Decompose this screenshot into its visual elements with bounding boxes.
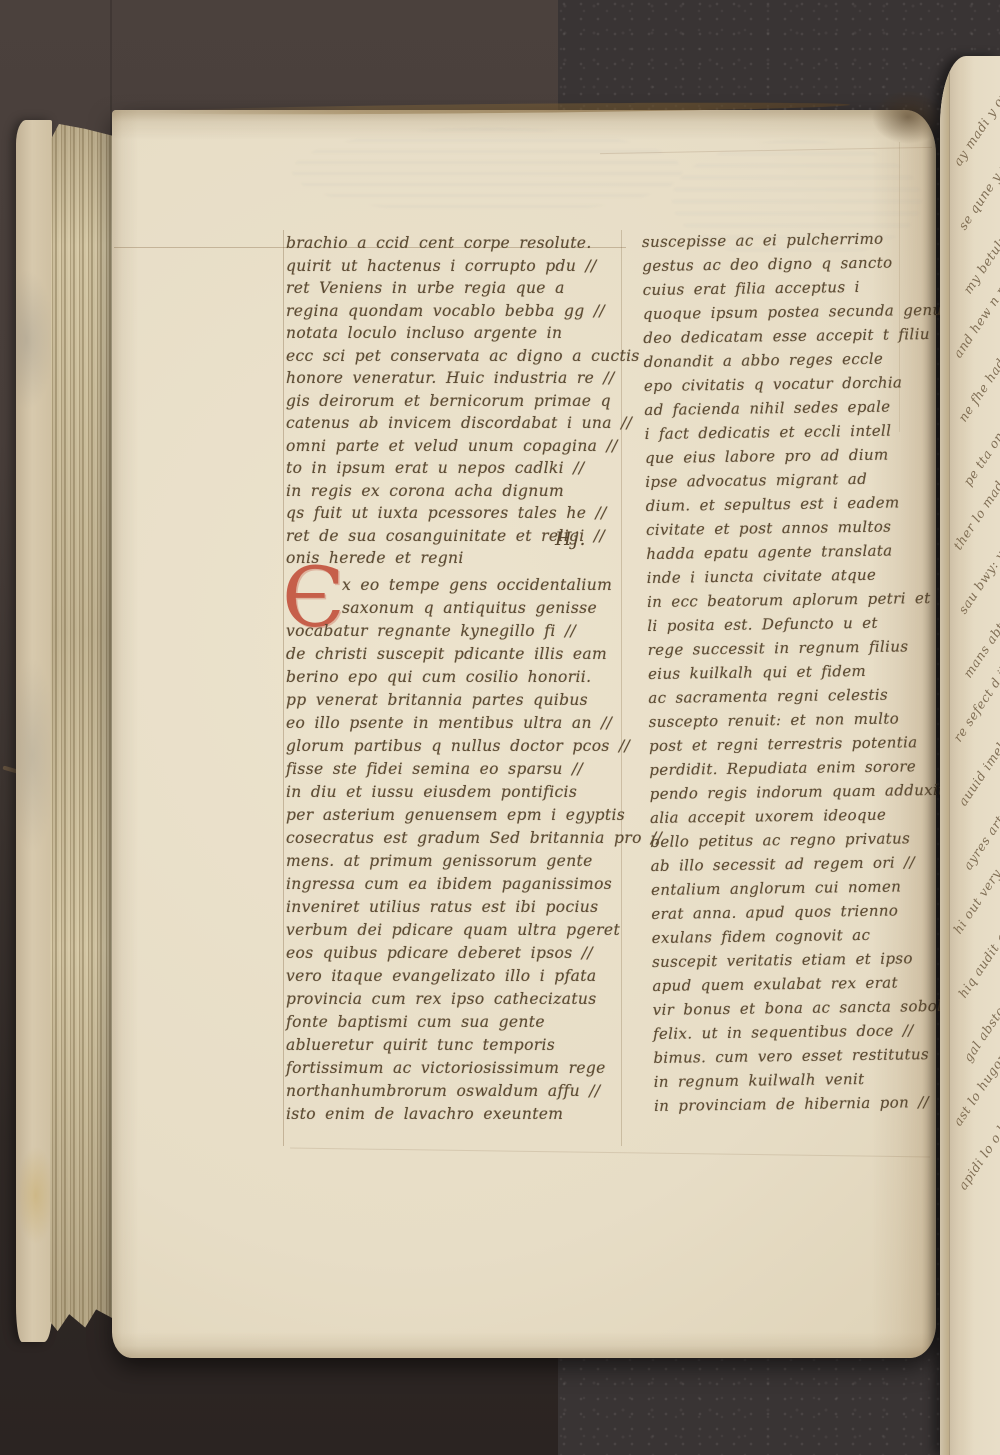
next-page-line-fragment: auuid imebtry tun	[955, 697, 1000, 808]
manuscript-line: to in ipsum erat u nepos cadlki //	[286, 459, 630, 482]
manuscript-line: catenus ab invicem discordabat i una //	[286, 414, 630, 437]
manuscript-line: mens. at primum genissorum gente	[286, 850, 630, 873]
manuscript-line: cosecratus est gradum Sed britannia pro …	[286, 827, 630, 850]
ruling-line	[290, 1148, 930, 1158]
next-page-line-fragment: sau bwy: vogn	[955, 527, 1000, 617]
manuscript-line: de christi suscepit pdicante illis eam	[286, 643, 630, 666]
chapter-lines: x eo tempe gens occidentaliumsaxonum q a…	[286, 574, 630, 1126]
next-page-line-fragment: se qune y po tur le g	[955, 106, 1000, 233]
manuscript-line: provincia cum rex ipso cathecizatus	[286, 988, 630, 1011]
manuscript-line: fonte baptismi cum sua gente	[286, 1011, 630, 1034]
manuscript-line: hadda epatu agente translata	[646, 538, 928, 566]
rubricated-initial: Є	[282, 568, 338, 614]
left-page: brachio a ccid cent corpe resolute.quiri…	[112, 110, 936, 1358]
manuscript-line: glorum partibus q nullus doctor pcos //	[286, 735, 630, 758]
left-column-chapter-text: Є x eo tempe gens occidentaliumsaxonum q…	[286, 574, 630, 1126]
next-page-line-fragment: mans abt equit o	[960, 576, 1000, 680]
manuscript-line: fortissimum ac victoriosissimum rege	[286, 1057, 630, 1080]
next-page-line-fragment: re sefect d ib	[950, 660, 1000, 744]
manuscript-line: quirit ut hactenus i corrupto pdu //	[286, 257, 630, 280]
next-page-line-fragment: gal abstowdug	[960, 973, 1000, 1065]
manuscript-line: in ecc beatorum aplorum petri et pau //	[647, 586, 929, 614]
manuscript-line: vocabatur regnante kynegillo fi //	[286, 620, 630, 643]
verso-showthrough	[292, 128, 682, 214]
manuscript-line: inveniret utilius ratus est ibi pocius	[286, 896, 630, 919]
manuscript-line: gis deirorum et bernicorum primae q	[286, 392, 630, 415]
manuscript-line: honore veneratur. Huic industria re //	[286, 369, 630, 392]
manuscript-line: pendo regis indorum quam adduxit	[650, 778, 932, 806]
manuscript-line: pp venerat britannia partes quibus	[286, 689, 630, 712]
manuscript-line: omni parte et velud unum copagina //	[286, 437, 630, 460]
manuscript-line: que eius labore pro ad dium	[645, 442, 927, 470]
page-stack-fore-edge	[50, 124, 114, 1336]
next-page-line-fragment: and hew n mig	[950, 268, 1000, 360]
next-page-line-fragment: ayres arteyol mo	[960, 768, 1000, 872]
next-page-line-fragment: my betuly pinna m	[960, 182, 1000, 296]
manuscript-line: qs fuit ut iuxta pcessores tales he //	[286, 504, 630, 527]
manuscript-line: eos quibus pdicare deberet ipsos //	[286, 942, 630, 965]
next-page-edge: ay madi y onakonse qune y po tur le gmy …	[940, 56, 1000, 1455]
left-column-opening-text: brachio a ccid cent corpe resolute.quiri…	[286, 234, 630, 572]
manuscript-line: berino epo qui cum cosilio honorii.	[286, 666, 630, 689]
manuscript-line: notata loculo incluso argente in	[286, 324, 630, 347]
manuscript-line: rege successit in regnum filius	[648, 634, 930, 662]
manuscript-line: erat anna. apud quos trienno	[651, 898, 933, 926]
gutter-shadow	[872, 90, 944, 144]
next-page-line-fragment: ne fhe had gh	[955, 337, 1000, 424]
manuscript-line: brachio a ccid cent corpe resolute.	[286, 234, 630, 257]
manuscript-line: eo illo psente in mentibus ultra an //	[286, 712, 630, 735]
manuscript-line: bimus. cum vero esset restitutus	[653, 1042, 935, 1070]
next-page-line-fragment: hi out very q orgau	[950, 818, 1000, 936]
manuscript-line: vero itaque evangelizato illo i pfata	[286, 965, 630, 988]
next-page-line-fragment: ay madi y onakon	[950, 60, 1000, 168]
manuscript-line: verbum dei pdicare quam ultra pgeret	[286, 919, 630, 942]
manuscript-line: in provinciam de hibernia pon //	[654, 1090, 936, 1118]
book-cover-edge	[16, 120, 52, 1342]
quire-signature-mark: Hj.	[555, 528, 587, 550]
manuscript-line: ecc sci pet conservata ac digno a cuctis	[286, 347, 630, 370]
manuscript-line: in regis ex corona acha dignum	[286, 482, 630, 505]
manuscript-line: fisse ste fidei semina eo sparsu //	[286, 758, 630, 781]
ruling-line	[283, 230, 284, 1146]
next-page-line-fragment: apidi lo o hingi	[955, 1098, 1000, 1193]
right-column-text: suscepisse ac ei pulcherrimogestus ac de…	[642, 226, 936, 1118]
manuscript-line: isto enim de lavachro exeuntem	[286, 1103, 630, 1126]
next-page-line-fragment: ast lo hugom	[950, 1046, 1000, 1128]
next-page-line-fragment: pe tta on moety d	[960, 379, 1000, 488]
manuscript-line: ingressa cum ea ibidem paganissimos	[286, 873, 630, 896]
manuscript-line: northanhumbrorum oswaldum affu //	[286, 1080, 630, 1103]
next-page-line-fragment: ther lo madge rom	[950, 438, 1000, 553]
manuscript-line: deo dedicatam esse accepit t filiu	[643, 322, 925, 350]
manuscript-line: ablueretur quirit tunc temporis	[286, 1034, 630, 1057]
next-page-line-fragment: hiq audit gestus o	[955, 889, 1000, 1000]
manuscript-line: gestus ac deo digno q sancto	[642, 250, 924, 278]
manuscript-line: ret Veniens in urbe regia que a	[286, 279, 630, 302]
manuscript-line: regina quondam vocablo bebba gg //	[286, 302, 630, 325]
manuscript-line: in diu et iussu eiusdem pontificis	[286, 781, 630, 804]
manuscript-photo: brachio a ccid cent corpe resolute.quiri…	[0, 0, 1000, 1455]
manuscript-line: per asterium genuensem epm i egyptis	[286, 804, 630, 827]
